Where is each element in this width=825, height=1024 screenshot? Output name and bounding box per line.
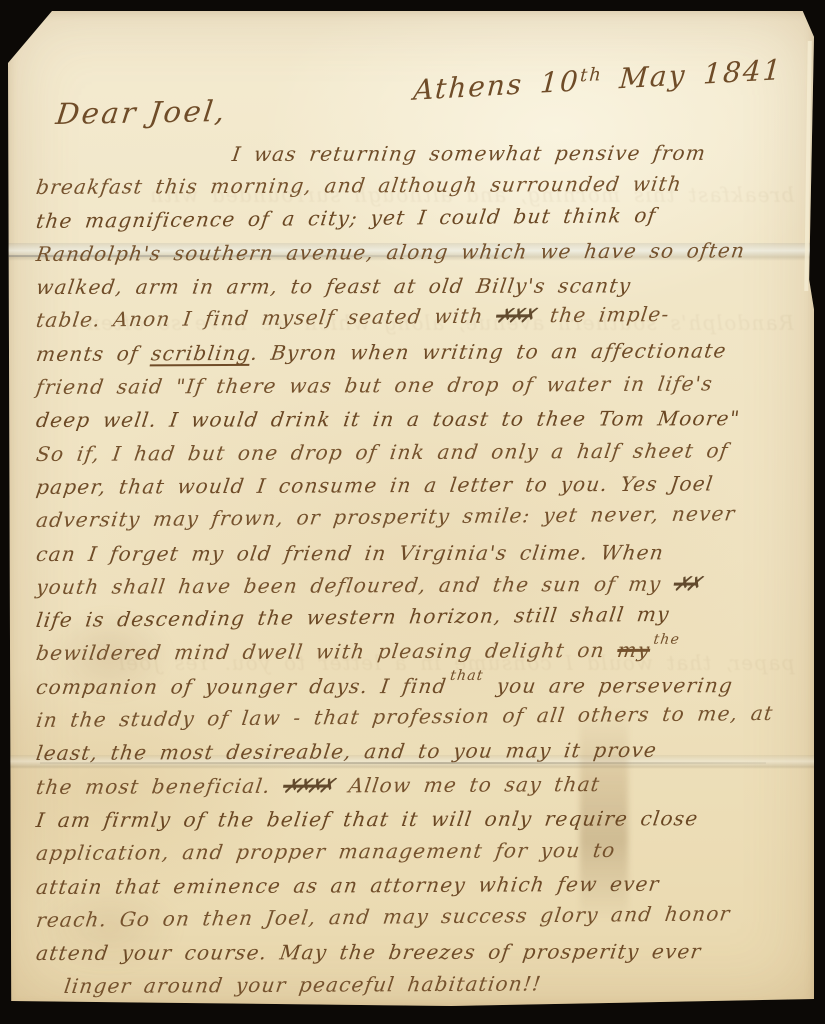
letter-date: Athens 10th May 1841: [413, 53, 784, 107]
scribbled-out-word: ✗✗✗: [495, 304, 539, 328]
line-text: . Byron when writing to an affectionate: [249, 338, 728, 364]
line-text: you are persevering: [483, 673, 735, 698]
line-text: ments of: [35, 341, 153, 366]
date-text: Athens 10: [413, 64, 581, 106]
line-text: the most beneficial.: [35, 773, 285, 798]
letter-salutation: Dear Joel,: [54, 94, 229, 131]
underlined-word: scribling: [150, 341, 253, 366]
inserted-word: the: [651, 624, 682, 657]
letter-line: I am firmly of the belief that it will o…: [34, 802, 807, 837]
scribbled-out-word: ✗✗: [672, 571, 705, 595]
letter-line: in the studdy of law - that profession o…: [34, 697, 807, 738]
line-text: adversity may frown, or prosperity smile…: [35, 502, 737, 533]
line-text: in the studdy of law - that profession o…: [35, 701, 775, 732]
letter-line: life is descending the western horizon, …: [34, 597, 807, 638]
line-text: bewildered mind dwell with pleasing deli…: [35, 638, 619, 665]
line-text: reach. Go on then Joel, and may success …: [35, 901, 732, 932]
letter-body: I was returning somewhat pensive from br…: [34, 138, 802, 1004]
line-text: attain that eminence as an attorney whic…: [35, 871, 661, 898]
letter-line: reach. Go on then Joel, and may success …: [34, 896, 807, 937]
letter-page: breakfast this morning, and although sur…: [8, 11, 814, 1006]
letter-line: friend said "If there was but one drop o…: [34, 367, 807, 404]
line-text: youth shall have been defloured, and the…: [35, 572, 676, 599]
letter-line: Randolph's southern avenue, along which …: [34, 234, 807, 271]
line-text: I was returning somewhat pensive from: [231, 141, 708, 166]
inserted-word: that: [448, 660, 486, 693]
line-text: deep well. I would drink it in a toast t…: [35, 407, 742, 433]
letter-line: application, and propper management for …: [34, 833, 807, 870]
line-text: Allow me to say that: [335, 772, 602, 797]
scribbled-out-word: ✗✗✗✗: [282, 773, 338, 797]
letter-line: attend your course. May the breezes of p…: [34, 935, 807, 970]
line-text: linger around your peaceful habitation!!: [63, 972, 543, 998]
letter-line: linger around your peaceful habitation!!: [62, 967, 807, 1004]
letter-line: table. Anon I find myself seated with ✗✗…: [34, 297, 807, 338]
letter-line: the most beneficial. ✗✗✗✗ Allow me to sa…: [34, 767, 807, 804]
line-text: the magnificence of a city; yet I could …: [35, 203, 658, 233]
line-text: attend your course. May the breezes of p…: [35, 939, 703, 965]
scan-background: { "page": { "background_color": "#0c0906…: [0, 0, 825, 1024]
letter-line: ments of scribling. Byron when writing t…: [34, 334, 807, 371]
letter-line: deep well. I would drink it in a toast t…: [34, 402, 807, 437]
line-text: companion of younger days. I find: [35, 674, 449, 699]
struck-word: my: [616, 638, 652, 662]
line-text: breakfast this morning, and although sur…: [35, 172, 684, 199]
line-text: Randolph's southern avenue, along which …: [35, 238, 747, 266]
date-ordinal-suffix: th: [580, 64, 604, 86]
letter-line: So if, I had but one drop of ink and onl…: [34, 434, 807, 471]
date-text: May 1841: [602, 53, 784, 96]
line-text: the imple-: [536, 302, 671, 327]
line-text: life is descending the western horizon, …: [35, 602, 672, 632]
letter-line: least, the most desireable, and to you m…: [34, 733, 807, 770]
line-text: table. Anon I find myself seated with: [35, 304, 498, 332]
line-text: walked, arm in arm, to feast at old Bill…: [35, 274, 633, 300]
letter-line: bewildered mind dwell with pleasing deli…: [34, 633, 807, 670]
line-text: friend said "If there was but one drop o…: [35, 372, 715, 400]
adjacent-page-edge: [804, 41, 811, 291]
line-text: I am firmly of the belief that it will o…: [35, 806, 700, 832]
line-text: least, the most desireable, and to you m…: [35, 738, 659, 765]
line-text: paper, that would I consume in a letter …: [35, 471, 715, 499]
letter-line: adversity may frown, or prosperity smile…: [34, 497, 807, 538]
letter-line: I was returning somewhat pensive from: [230, 137, 807, 172]
line-text: application, and propper management for …: [35, 838, 618, 865]
line-text: can I forget my old friend in Virginia's…: [35, 540, 666, 566]
letter-line: can I forget my old friend in Virginia's…: [34, 536, 807, 571]
line-text: So if, I had but one drop of ink and onl…: [35, 438, 730, 466]
letter-line: the magnificence of a city; yet I could …: [34, 197, 807, 238]
